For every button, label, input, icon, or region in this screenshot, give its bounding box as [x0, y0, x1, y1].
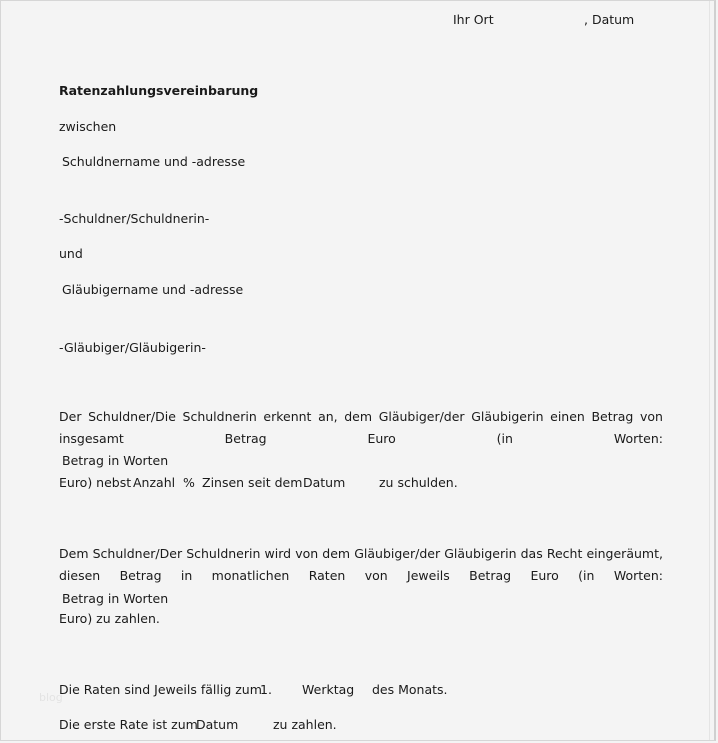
date-placeholder[interactable]: , Datum [584, 12, 634, 28]
word: eingeräumt, [586, 546, 662, 562]
word: erkennt [263, 409, 311, 425]
due-day-field[interactable]: 1. [260, 682, 272, 698]
word: diesen [59, 568, 100, 584]
word: Euro [530, 568, 558, 584]
word: Gläubigerin [444, 546, 516, 562]
due-text-start: Die Raten sind Jeweils fällig zum [59, 682, 262, 698]
word: Gläubiger/der [379, 409, 465, 425]
word: Gläubiger/der [354, 546, 440, 562]
creditor-name-address-field[interactable]: Gläubigername und -adresse [62, 282, 243, 298]
word: Worten: [614, 431, 663, 447]
word: Der [59, 409, 81, 425]
word: wird [265, 546, 292, 562]
amount-in-words-field-1[interactable]: Betrag in Worten [62, 453, 168, 469]
paragraph1-line4-start: Euro) nebst [59, 475, 131, 491]
place-placeholder[interactable]: Ihr Ort [453, 12, 494, 28]
word: Dem [59, 546, 89, 562]
between-label: zwischen [59, 119, 116, 135]
word: Gläubigerin [471, 409, 543, 425]
first-rate-text-start: Die erste Rate ist zum [59, 717, 198, 733]
and-label: und [59, 246, 83, 262]
word: Betrag [591, 409, 633, 425]
word: insgesamt [59, 431, 124, 447]
paragraph2-line1: DemSchuldner/DerSchuldnerinwirdvondemGlä… [59, 546, 663, 562]
due-unit-field[interactable]: Werktag [302, 682, 354, 698]
word: Betrag [225, 431, 267, 447]
first-rate-text-end: zu zahlen. [273, 717, 337, 733]
word: Worten: [614, 568, 663, 584]
word: von [295, 546, 318, 562]
debtor-name-address-field[interactable]: Schuldnername und -adresse [62, 154, 245, 170]
creditor-role-label: -Gläubiger/Gläubigerin- [59, 340, 206, 356]
word: von [640, 409, 663, 425]
word: dem [322, 546, 350, 562]
percent-sign: % [183, 475, 195, 491]
debtor-role-label: -Schuldner/Schuldnerin- [59, 211, 209, 227]
word: das [521, 546, 543, 562]
interest-rate-field[interactable]: Anzahl [133, 475, 175, 491]
interest-start-date-field[interactable]: Datum [303, 475, 345, 491]
word: an, [318, 409, 338, 425]
document-title: Ratenzahlungsvereinbarung [59, 83, 258, 99]
paragraph1-line4-mid: Zinsen seit dem [202, 475, 302, 491]
word: (in [578, 568, 594, 584]
first-rate-date-field[interactable]: Datum [196, 717, 238, 733]
paragraph1-line1: DerSchuldner/DieSchuldnerinerkenntan,dem… [59, 409, 663, 425]
word: Jeweils [407, 568, 450, 584]
paragraph1-line4-end: zu schulden. [379, 475, 458, 491]
word: Schuldner/Die [88, 409, 176, 425]
word: (in [497, 431, 513, 447]
paragraph2-line2: diesenBetraginmonatlichenRatenvonJeweils… [59, 568, 663, 584]
word: monatlichen [212, 568, 290, 584]
word: Betrag [120, 568, 162, 584]
paragraph1-line2: insgesamtBetragEuro(inWorten: [59, 431, 663, 447]
word: Recht [547, 546, 583, 562]
word: Schuldnerin [186, 546, 260, 562]
amount-in-words-field-2[interactable]: Betrag in Worten [62, 591, 168, 607]
word: Betrag [469, 568, 511, 584]
word: Schuldnerin [183, 409, 257, 425]
word: von [365, 568, 388, 584]
document-page: Ihr Ort , Datum Ratenzahlungsvereinbarun… [0, 0, 716, 741]
word: in [181, 568, 192, 584]
word: Raten [309, 568, 346, 584]
word: Euro [367, 431, 395, 447]
word: Schuldner/Der [93, 546, 182, 562]
word: dem [344, 409, 372, 425]
due-text-end: des Monats. [372, 682, 448, 698]
word: einen [550, 409, 585, 425]
paragraph2-line4: Euro) zu zahlen. [59, 611, 160, 627]
